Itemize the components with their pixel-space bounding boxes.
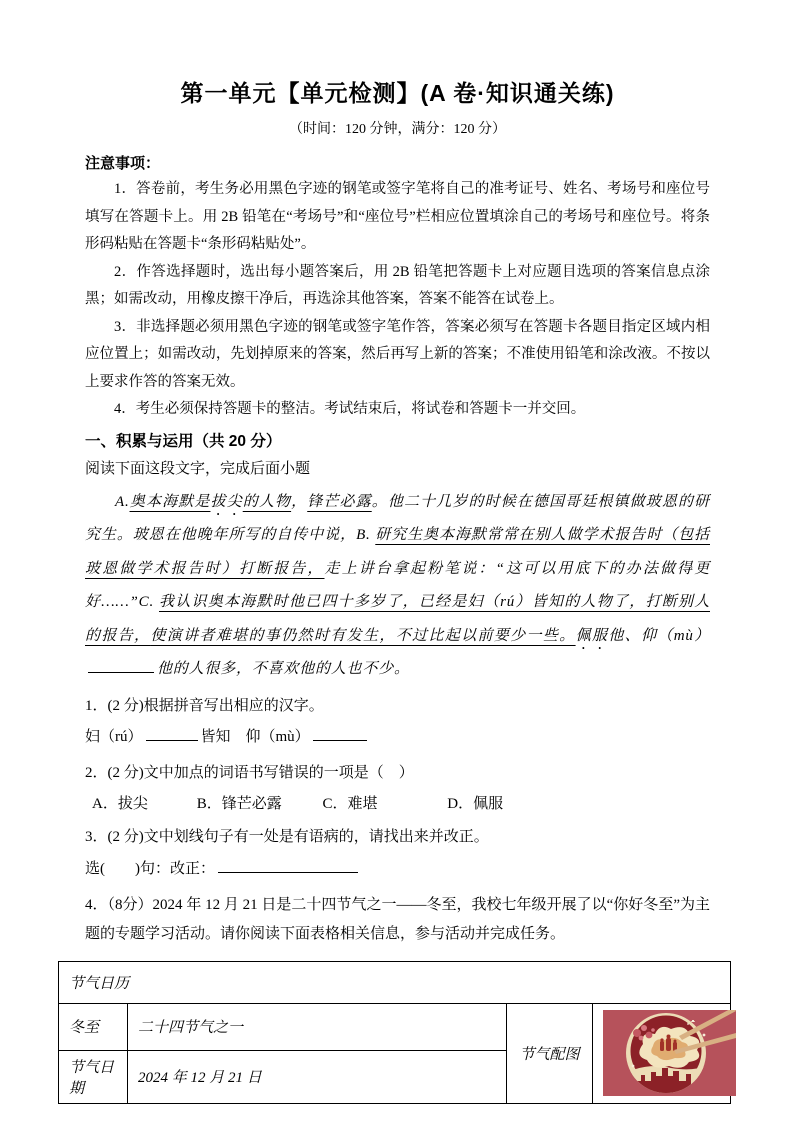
notice-item-4: 4．考生必须保持答题卡的整洁。考试结束后，将试卷和答题卡一并交回。 — [85, 396, 710, 424]
passage-segment: 奥本海默是 — [130, 494, 211, 510]
image-cell — [593, 1003, 731, 1103]
image-label-cell: 节气配图 — [507, 1003, 593, 1103]
notice-item-3: 3．非选择题必须用黑色字迹的钢笔或签字笔作答，答案必须写在答题卡各题目指定区域内… — [85, 314, 710, 397]
answer-blank — [313, 725, 367, 741]
table-row: 节气日历 — [59, 961, 731, 1003]
page-title: 第一单元【单元检测】(A 卷·知识通关练) — [85, 78, 710, 108]
answer-blank — [88, 657, 154, 673]
passage-segment: ， — [291, 494, 307, 510]
option-c: C．难堪 — [323, 790, 444, 819]
exam-time-score: （时间：120 分钟，满分：120 分） — [85, 120, 710, 140]
passage-segment: A. — [115, 494, 130, 510]
passage-segment: 皆知 仰（mù） — [201, 729, 310, 745]
question-2-stem: 2．(2 分)文中加点的词语书写错误的一项是（ ） — [85, 759, 710, 788]
notice-item-1: 1．答卷前，考生务必用黑色字迹的钢笔或签字笔将自己的准考证号、姓名、考场号和座位… — [85, 176, 710, 259]
reading-passage: A.奥本海默是拔尖的人物，锋芒必露。他二十几岁的时候在德国哥廷根镇做玻恩的研究生… — [85, 486, 710, 687]
question-1-answer-line: 妇（rú）皆知 仰（mù） — [85, 720, 710, 754]
term-desc-cell: 二十四节气之一 — [128, 1003, 507, 1050]
table-title-cell: 节气日历 — [59, 961, 731, 1003]
passage-segment: 选( )句：改正： — [85, 861, 215, 877]
date-label-cell: 节气日期 — [59, 1050, 128, 1103]
notice-item-2: 2．作答选择题时，选出每小题答案后，用 2B 铅笔把答题卡上对应题目选项的答案信… — [85, 259, 710, 314]
notice-heading: 注意事项： — [85, 152, 710, 176]
option-a: A．拔尖 — [92, 790, 193, 819]
date-value-cell: 2024 年 12 月 21 日 — [128, 1050, 507, 1103]
option-d: D．佩服 — [447, 790, 503, 819]
solar-term-table: 节气日历 冬至 二十四节气之一 节气配图 — [58, 961, 731, 1104]
solstice-illustration — [603, 1010, 736, 1096]
passage-segment: 使演讲者难堪的事仍然时有发生，不过比起以前要少一些。 — [150, 628, 575, 644]
exam-paper-page: 第一单元【单元检测】(A 卷·知识通关练) （时间：120 分钟，满分：120 … — [0, 0, 793, 1122]
table-row: 冬至 二十四节气之一 节气配图 — [59, 1003, 731, 1050]
passage-segment: 的人物 — [243, 494, 291, 510]
passage-segment: 他的人很多，不喜欢他的人也不少。 — [157, 661, 410, 677]
section-heading: 一、积累与运用（共 20 分） — [85, 428, 710, 455]
passage-segment: 佩服 — [576, 628, 609, 644]
passage-intro: 阅读下面这段文字，完成后面小题 — [85, 455, 710, 484]
term-name-cell: 冬至 — [59, 1003, 128, 1050]
question-3-answer-line: 选( )句：改正： — [85, 852, 710, 886]
question-4-stem: 4．（8分）2024 年 12 月 21 日是二十四节气之一——冬至，我校七年级… — [85, 891, 710, 950]
question-2-options: A．拔尖 B．锋芒必露 C．难堪 D．佩服 — [85, 790, 710, 819]
answer-blank — [146, 725, 198, 741]
passage-segment: 妇（rú） — [85, 729, 143, 745]
passage-segment: 他、仰（mù） — [608, 628, 710, 644]
passage-segment: 锋芒必露 — [307, 494, 372, 510]
question-1-stem: 1．(2 分)根据拼音写出相应的汉字。 — [85, 692, 710, 721]
answer-blank — [218, 857, 358, 873]
notice-list: 1．答卷前，考生务必用黑色字迹的钢笔或签字笔将自己的准考证号、姓名、考场号和座位… — [85, 176, 710, 424]
passage-segment: 拔尖 — [210, 494, 242, 510]
question-3-stem: 3．(2 分)文中划线句子有一处是有语病的，请找出来并改正。 — [85, 823, 710, 852]
option-b: B．锋芒必露 — [197, 790, 319, 819]
